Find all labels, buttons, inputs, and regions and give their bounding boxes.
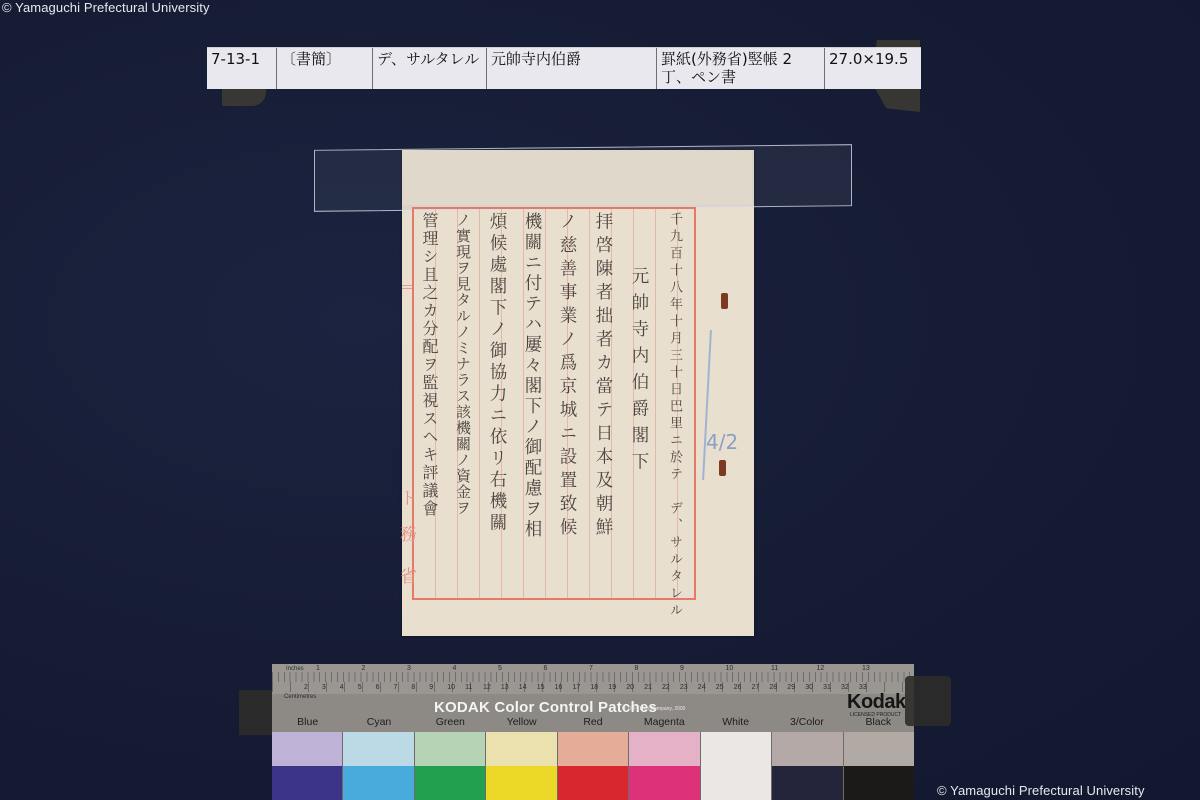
patch-column [415,732,486,800]
cm-number: 29 [787,684,795,691]
letter-column-addressee: 元帥寺内伯爵閣下 [628,240,650,479]
patch-saturated [343,766,413,800]
patch-light [772,732,842,766]
inch-number: 5 [498,665,502,672]
patch-label-blue: Blue [272,716,343,730]
patch-saturated [486,766,556,800]
copyright-watermark-top: © Yamaguchi Prefectural University [2,0,210,15]
patch-labels: BlueCyanGreenYellowRedMagentaWhite3/Colo… [272,716,914,730]
cm-number: 14 [519,684,527,691]
cm-number: 24 [698,684,706,691]
cm-number: 31 [823,684,831,691]
acrylic-holder-strip [314,144,852,212]
inch-number: 10 [726,665,734,672]
label-cell-2: デ、サルタレル [373,48,487,89]
cm-number: 22 [662,684,670,691]
patch-light [272,732,342,766]
patch-label-green: Green [415,716,486,730]
cm-number: 5 [358,684,362,691]
margin-print-char-1: ト [400,484,417,509]
cm-number: 15 [537,684,545,691]
inch-number: 3 [407,665,411,672]
rust-mark-bottom [719,460,726,476]
cm-number: 26 [734,684,742,691]
cm-number: 4 [340,684,344,691]
inch-number: 9 [680,665,684,672]
patch-saturated [629,766,699,800]
cm-number: 32 [841,684,849,691]
patch-column [772,732,843,800]
kodak-color-control-strip: Inches Centimetres 12345678910111213 234… [272,664,914,800]
ruler-cm-label: Centimetres [284,694,316,700]
cm-number: 20 [626,684,634,691]
cm-number: 25 [716,684,724,691]
patch-saturated [772,766,842,800]
patch-label-yellow: Yellow [486,716,557,730]
inch-number: 2 [362,665,366,672]
patch-label-3-color: 3/Color [771,716,842,730]
patch-saturated [415,766,485,800]
measurement-ruler: Inches Centimetres 12345678910111213 234… [272,664,914,694]
patch-column [272,732,343,800]
cm-number: 12 [483,684,491,691]
inch-ticks [272,672,914,682]
cm-number: 2 [304,684,308,691]
inch-number: 11 [771,665,778,672]
copyright-watermark-bottom: © Yamaguchi Prefectural University [937,783,1145,798]
letter-column-3: 拝啓陳者拙者カ當テ日本及朝鮮 [592,212,614,541]
patch-column [558,732,629,800]
cm-number: 21 [644,684,652,691]
cm-number: 3 [322,684,326,691]
cm-number: 16 [555,684,563,691]
patch-saturated [558,766,628,800]
patch-column [844,732,914,800]
patch-light [701,732,771,766]
patch-column [629,732,700,800]
catalog-label: 7-13-1〔書簡〕デ、サルタレル元帥寺内伯爵罫紙(外務省)竪帳 2丁、ペン書2… [207,47,921,89]
label-cell-1: 〔書簡〕 [277,48,373,89]
ruler-inches-label: Inches [286,666,304,672]
margin-rule-mark [402,285,412,289]
patch-column [343,732,414,800]
patch-saturated [272,766,342,800]
cm-number: 9 [429,684,433,691]
patch-saturated [701,766,771,800]
inch-number: 13 [862,665,870,672]
rust-mark-top [721,293,728,309]
kodak-logo: Kodak [847,691,906,714]
inch-number: 1 [316,665,320,672]
cm-number: 23 [680,684,688,691]
patch-light [415,732,485,766]
color-patches [272,732,914,800]
inch-number: 6 [544,665,548,672]
patch-label-red: Red [557,716,628,730]
label-cell-0: 7-13-1 [207,48,277,89]
kodak-copyright: © The Tiffen Company, 2000 [622,706,685,712]
cm-number: 28 [769,684,777,691]
cm-number: 27 [752,684,760,691]
label-cell-4: 罫紙(外務省)竪帳 2丁、ペン書 [657,48,825,89]
patch-label-white: White [700,716,771,730]
letter-column-date: 千九百十八年十月三十日巴里ニ於テ デ、サルタレル [663,212,685,620]
tape-kodak-right [905,676,951,726]
letter-column-6: 煩候處閣下ノ御協力ニ依リ右機關 [486,212,508,535]
cm-number: 13 [501,684,509,691]
patch-column [486,732,557,800]
cm-number: 7 [394,684,398,691]
inch-number: 12 [817,665,825,672]
inch-number: 8 [635,665,639,672]
cm-number: 18 [590,684,598,691]
patch-column [701,732,772,800]
margin-print-char-3: 省 [400,562,417,587]
cm-number: 19 [608,684,616,691]
patch-light [629,732,699,766]
margin-print-char-2: 務 [400,520,417,545]
patch-light [844,732,914,766]
letter-column-8: 管理シ且之カ分配ヲ監視スヘキ評議會 [418,212,440,518]
inch-number: 4 [453,665,457,672]
cm-number: 30 [805,684,813,691]
patch-label-black: Black [843,716,914,730]
patch-light [486,732,556,766]
patch-label-cyan: Cyan [343,716,414,730]
cm-number: 6 [376,684,380,691]
label-cell-5: 27.0×19.5 [825,48,921,89]
letter-column-7: ノ實現ヲ見タルノミナラス該機關ノ資金ヲ [452,212,474,516]
cm-number: 10 [447,684,455,691]
label-cell-3: 元帥寺内伯爵 [487,48,657,89]
letter-column-5: 機關ニ付テハ屢々閣下ノ御配慮ヲ相 [521,212,543,540]
letter-column-4: ノ慈善事業ノ爲京城ニ設置致候 [556,212,578,541]
pencil-folio-note: 4/2 [706,430,738,454]
cm-number: 8 [411,684,415,691]
patch-saturated [844,766,914,800]
inch-number: 7 [589,665,593,672]
patch-light [558,732,628,766]
patch-label-magenta: Magenta [629,716,700,730]
tape-label-left [222,86,266,106]
cm-number: 11 [465,684,472,691]
patch-light [343,732,413,766]
cm-number: 33 [859,684,867,691]
cm-number: 17 [573,684,581,691]
